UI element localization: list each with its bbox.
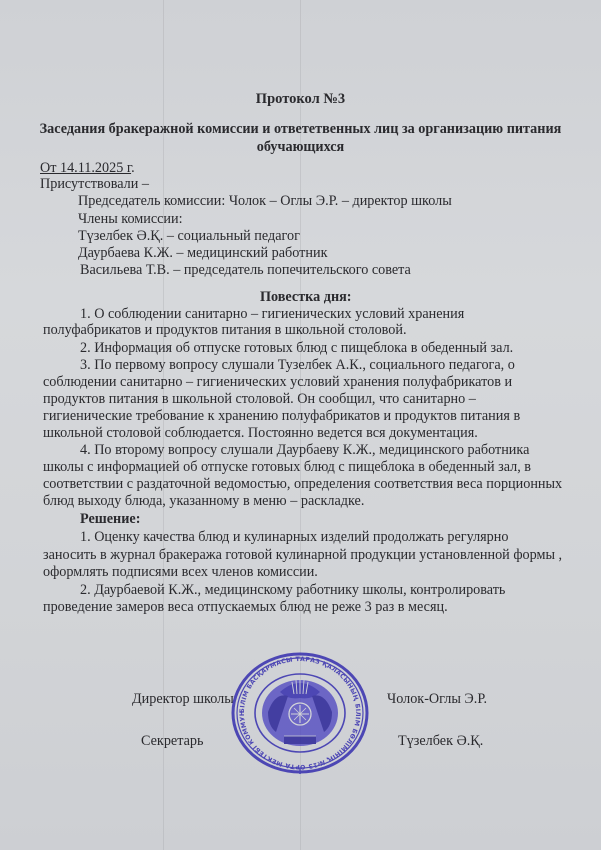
decision-line: проведение замеров веса отпускаемых блюд…	[43, 599, 448, 615]
agenda-line: блюд выходу блюда, указанному в меню – р…	[43, 493, 364, 509]
agenda-line: полуфабрикатов и продуктов питания в шко…	[43, 322, 407, 338]
date-suffix: .	[131, 160, 135, 176]
secretary-name: Түзелбек Ә.Қ.	[398, 733, 483, 749]
agenda-line: соблюдении санитарно – гигиенических усл…	[43, 374, 512, 390]
agenda-line: 1. О соблюдении санитарно – гигиенически…	[80, 306, 464, 322]
decision-heading: Решение:	[80, 511, 140, 527]
agenda-line: продуктов питания в школьной столовой. О…	[43, 391, 476, 407]
agenda-line: 3. По первому вопросу слушали Тузелбек А…	[80, 357, 515, 373]
member-line: Даурбаева К.Ж. – медицинский работник	[78, 245, 327, 261]
secretary-label: Секретарь	[141, 733, 203, 749]
attendance-heading: Присутствовали –	[40, 176, 149, 192]
document-subtitle-line-1: Заседания бракеражной комиссии и ответет…	[0, 121, 601, 137]
decision-line: заносить в журнал бракеража готовой кули…	[43, 547, 562, 563]
agenda-line: соответствии с раздаточной ведомостью, о…	[43, 476, 562, 492]
date-text: От 14.11.2025 г	[40, 160, 131, 176]
members-heading: Члены комиссии:	[78, 211, 183, 227]
agenda-line: гигиенические требование к хранению полу…	[43, 408, 520, 424]
decision-line: 1. Оценку качества блюд и кулинарных изд…	[80, 529, 508, 545]
official-stamp-icon: БІЛІМ БАСҚАРМАСЫ ТАРАЗ ҚАЛАСЫНЫҢ БІЛІМ Б…	[230, 652, 370, 774]
director-label: Директор школы	[132, 691, 234, 707]
member-line: Түзелбек Ә.Қ. – социальный педагог	[78, 228, 300, 244]
decision-line: 2. Даурбаевой К.Ж., медицинскому работни…	[80, 582, 505, 598]
member-line: Васильева Т.В. – председатель попечитель…	[80, 262, 411, 278]
document-title: Протокол №3	[0, 91, 601, 107]
decision-line: оформлять подписями всех членов комиссии…	[43, 564, 318, 580]
agenda-line: 2. Информация об отпуске готовых блюд с …	[80, 340, 513, 356]
document-page: Протокол №3 Заседания бракеражной комисс…	[0, 0, 601, 850]
agenda-heading: Повестка дня:	[260, 289, 352, 305]
agenda-line: 4. По второму вопросу слушали Даурбаеву …	[80, 442, 529, 458]
document-date: От 14.11.2025 г.	[40, 160, 135, 176]
director-name: Чолок-Оглы Э.Р.	[387, 691, 487, 707]
document-subtitle-line-2: обучающихся	[0, 139, 601, 155]
chairman-line: Председатель комиссии: Чолок – Оглы Э.Р.…	[78, 193, 452, 209]
agenda-line: школьной столовой соблюдается. Постоянно…	[43, 425, 478, 441]
agenda-line: школы с информацией об отпуске готовых б…	[43, 459, 531, 475]
